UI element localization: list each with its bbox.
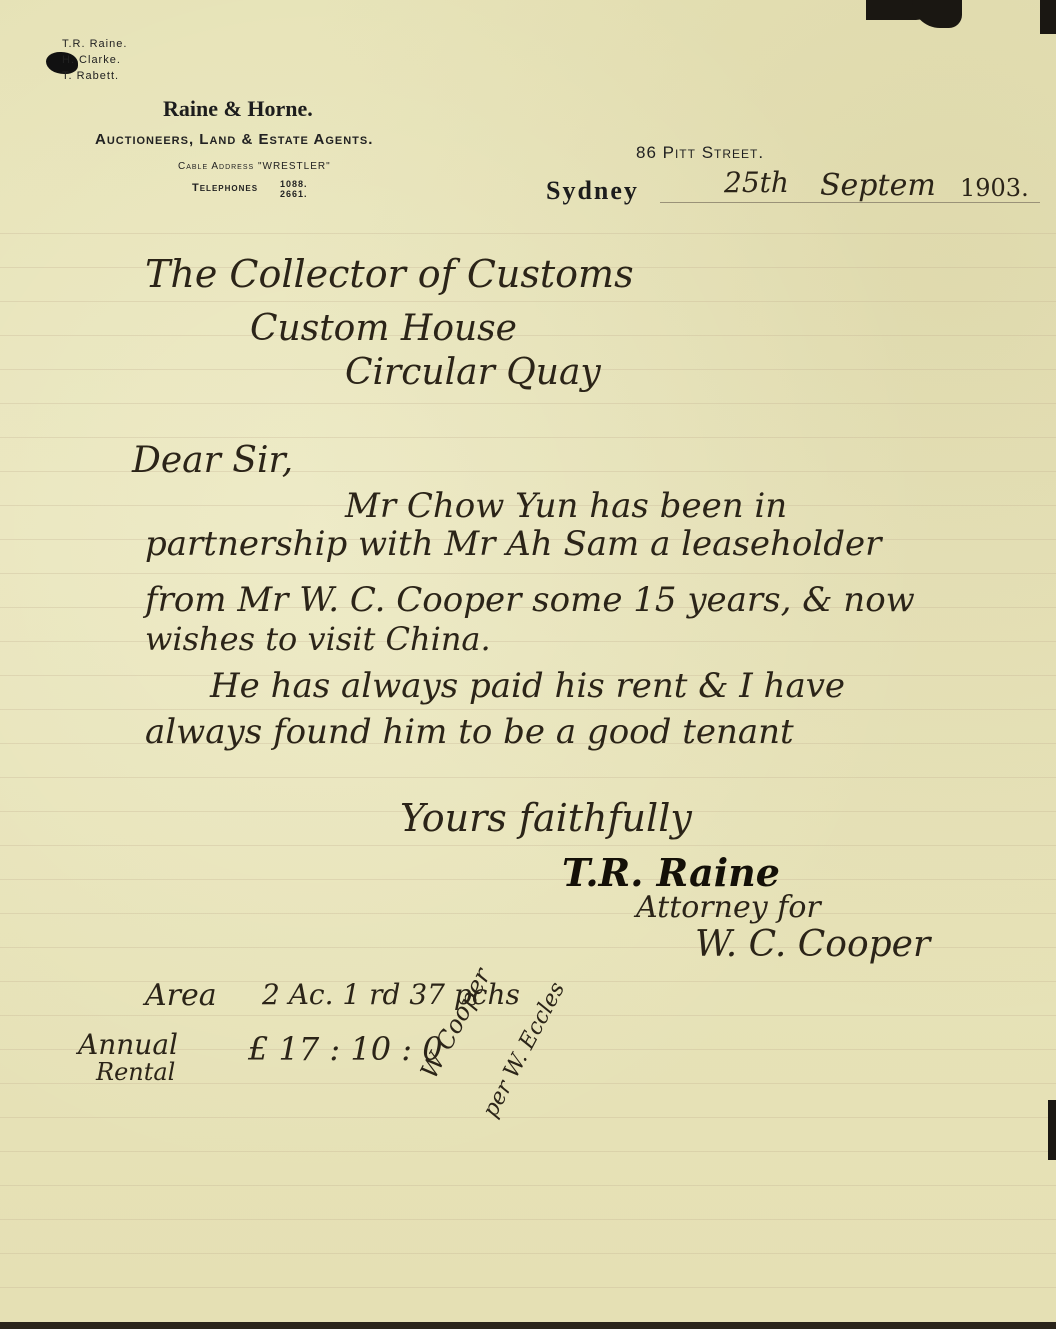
body-line: wishes to visit China. — [145, 620, 491, 658]
recipient-line: Circular Quay — [345, 352, 601, 393]
torn-edge — [912, 0, 962, 28]
date-day: 25th — [724, 166, 789, 199]
body-line: from Mr W. C. Cooper some 15 years, & no… — [145, 580, 915, 620]
body-line: He has always paid his rent & I have — [210, 666, 845, 706]
signature: T.R. Raine — [562, 850, 780, 895]
salutation: Dear Sir, — [132, 440, 293, 481]
street-address: 86 Pitt Street. — [636, 143, 764, 163]
partner-name: H. Clarke. — [62, 54, 121, 66]
bottom-edge — [0, 1322, 1056, 1329]
body-line: Mr Chow Yun has been in — [345, 486, 787, 526]
signature-role: Attorney for — [636, 890, 821, 925]
telephone-number: 2661. — [280, 189, 308, 199]
cable-address: Cable Address "WRESTLER" — [178, 161, 331, 172]
torn-edge — [1048, 1100, 1056, 1160]
closing: Yours faithfully — [400, 796, 692, 840]
recipient-line: The Collector of Customs — [145, 252, 634, 296]
partner-name: T.R. Raine. — [62, 38, 127, 50]
telephone-number: 1088. — [280, 179, 308, 189]
rental-label: Annual — [78, 1028, 178, 1061]
firm-tagline: Auctioneers, Land & Estate Agents. — [95, 131, 373, 148]
date-month: Septem — [820, 168, 936, 203]
telephones-label: Telephones — [192, 182, 258, 194]
rental-value: £ 17 : 10 : 0 — [248, 1030, 443, 1068]
city-name: Sydney — [546, 176, 639, 206]
body-line: partnership with Mr Ah Sam a leaseholder — [145, 524, 881, 564]
firm-name: Raine & Horne. — [163, 96, 313, 122]
signature-role: W. C. Cooper — [695, 924, 930, 965]
recipient-line: Custom House — [250, 308, 517, 349]
partner-name: T. Rabett. — [62, 70, 119, 82]
area-label: Area — [145, 978, 217, 1013]
torn-edge — [1040, 0, 1056, 34]
date-year: 1903. — [960, 174, 1029, 202]
letter-page: T.R. Raine. H. Clarke. T. Rabett. Raine … — [0, 0, 1056, 1329]
body-line: always found him to be a good tenant — [145, 712, 794, 752]
rental-label: Rental — [96, 1058, 175, 1086]
